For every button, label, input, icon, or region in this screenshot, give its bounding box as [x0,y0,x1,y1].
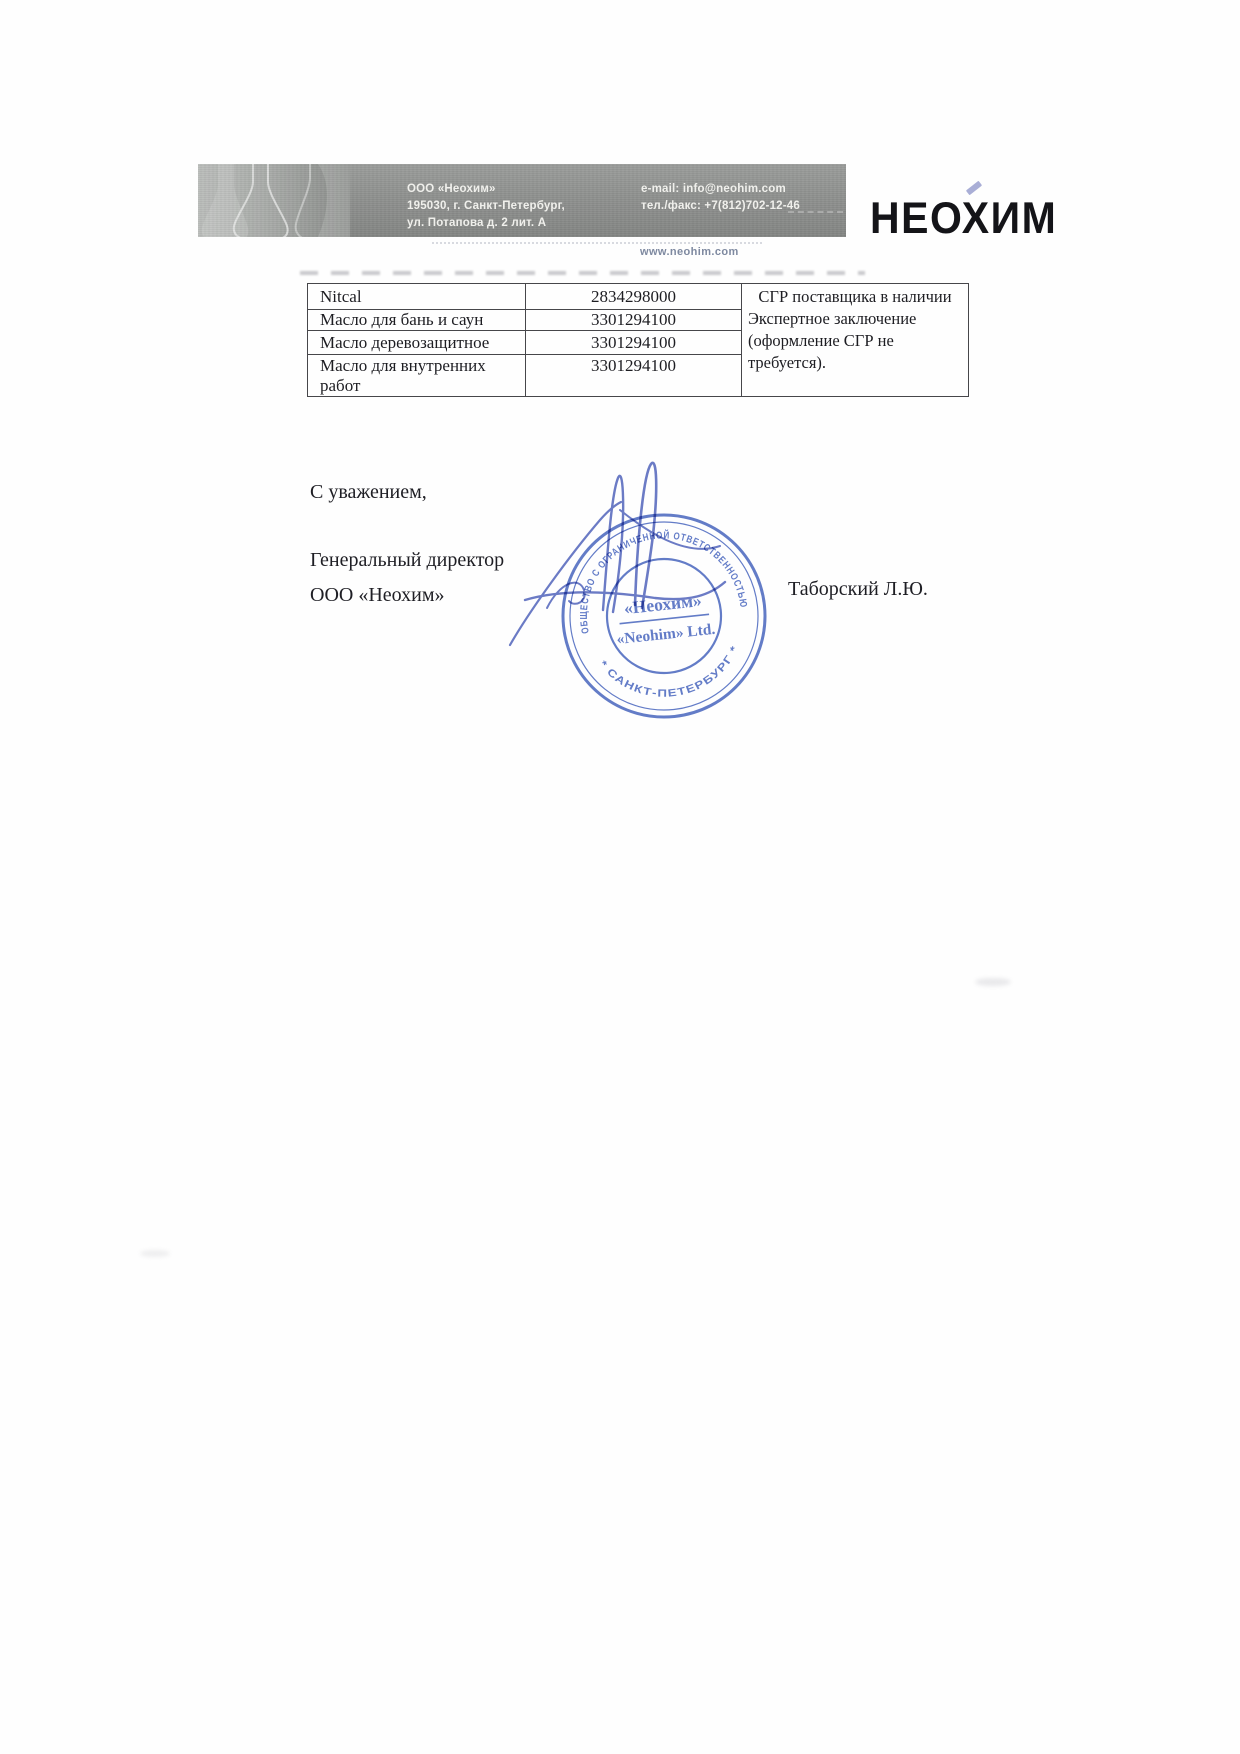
signature [485,450,740,660]
scan-speck-artifact [140,1250,170,1257]
website-url: www.neohim.com [640,246,739,258]
status-sgr-available: СГР поставщика в наличии [742,284,968,307]
product-cell: Масло для внутренних работ [308,355,526,397]
signer-title-line1: Генеральный директор [310,549,504,572]
code-cell: 3301294100 [526,310,742,331]
products-table: Nitcal 2834298000 СГР поставщика в налич… [307,283,969,397]
table-row: Nitcal 2834298000 СГР поставщика в налич… [308,284,969,310]
scan-speck-artifact [975,978,1011,986]
banner-address-line1: 195030, г. Санкт-Петербург, [407,198,565,215]
flask-icon [198,164,350,237]
banner-email: e-mail: info@neohim.com [641,181,800,198]
banner-phone: тел./факс: +7(812)702-12-46 [641,198,800,215]
flask-image-panel [198,164,350,237]
product-cell: Масло деревозащитное [308,331,526,355]
logo-wordmark: НЕОХИМ [870,194,1057,242]
dotted-line-artifact [432,242,762,244]
banner-company-name: ООО «Неохим» [407,181,565,198]
status-expert-conclusion: Экспертное заключение (оформление СГР не… [742,307,965,374]
scanned-letter-page: ООО «Неохим» 195030, г. Санкт-Петербург,… [0,0,1240,1754]
signer-title-line2: ООО «Неохим» [310,584,445,607]
scan-smudge-artifact [300,271,865,275]
banner-company-address: ООО «Неохим» 195030, г. Санкт-Петербург,… [407,181,565,232]
code-cell: 3301294100 [526,355,742,397]
neohim-logo: НЕОХИМ [870,194,1050,244]
product-cell: Nitcal [308,284,526,310]
code-cell: 2834298000 [526,284,742,310]
certification-status-cell: СГР поставщика в наличии Экспертное закл… [742,284,969,397]
banner-dash-artifact [788,211,843,213]
banner-address-line2: ул. Потапова д. 2 лит. А [407,215,565,232]
header-banner: ООО «Неохим» 195030, г. Санкт-Петербург,… [198,164,846,237]
signer-name: Таборский Л.Ю. [788,578,928,601]
banner-contacts: e-mail: info@neohim.com тел./факс: +7(81… [641,181,800,215]
closing-regards: С уважением, [310,481,427,504]
product-cell: Масло для бань и саун [308,310,526,331]
code-cell: 3301294100 [526,331,742,355]
